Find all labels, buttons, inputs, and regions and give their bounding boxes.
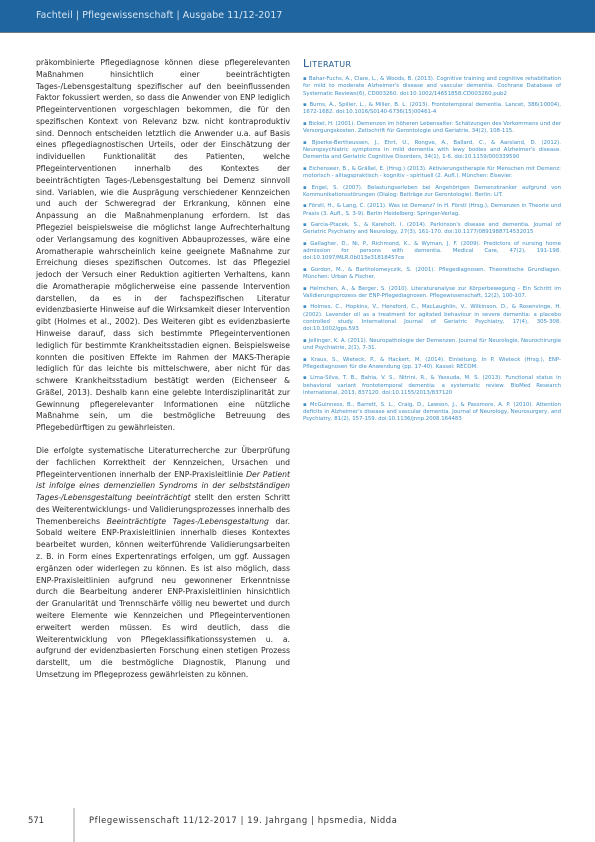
reference-item: ▪Bickel, H. (2001). Demenzen im höheren … xyxy=(303,121,561,136)
page-header: Fachteil | Pflegewissenschaft | Ausgabe … xyxy=(0,0,595,33)
reference-text: Gordon, M., & Bartholomeyczik, S. (2001)… xyxy=(303,267,561,280)
reference-list: ▪Bahar-Fuchs, A., Clare, L., & Woods, B.… xyxy=(303,76,561,423)
reference-item: ▪Holmes, C., Hopkins, V., Hensford, C., … xyxy=(303,304,561,333)
reference-item: ▪Kraus, S., Wieteck, P., & Hackert, M. (… xyxy=(303,357,561,372)
bullet-icon: ▪ xyxy=(303,222,309,228)
reference-item: ▪Bjoerke-Bertheussen, J., Ehrt, U., Rong… xyxy=(303,140,561,162)
reference-text: Jellinger, K. A. (2011). Neuropathologie… xyxy=(303,338,561,351)
reference-item: ▪Gallagher, D., Ni, P., Richmond, K., & … xyxy=(303,241,561,263)
publication-info: Pflegewissenschaft 11/12-2017 | 19. Jahr… xyxy=(89,815,397,825)
bullet-icon: ▪ xyxy=(303,140,310,146)
reference-text: Bickel, H. (2001). Demenzen im höheren L… xyxy=(303,121,561,134)
reference-item: ▪Helmchen, A., & Berger, S. (2010). Lite… xyxy=(303,286,561,301)
literature-column: Literatur ▪Bahar-Fuchs, A., Clare, L., &… xyxy=(303,57,561,428)
bullet-icon: ▪ xyxy=(303,286,308,292)
reference-item: ▪Förstl, H., & Lang, C. (2011). Was ist … xyxy=(303,203,561,218)
reference-item: ▪Bahar-Fuchs, A., Clare, L., & Woods, B.… xyxy=(303,76,561,98)
reference-text: Garcia-Ptacek, S., & Kareholt, I. (2014)… xyxy=(303,222,561,235)
reference-item: ▪McGuinness, B., Barrett, S. L., Craig, … xyxy=(303,402,561,424)
bullet-icon: ▪ xyxy=(303,185,310,191)
reference-text: McGuinness, B., Barrett, S. L., Craig, D… xyxy=(303,402,561,423)
bullet-icon: ▪ xyxy=(303,375,308,381)
page-footer: 571 Pflegewissenschaft 11/12-2017 | 19. … xyxy=(0,808,595,842)
topic-title: Beeinträchtigte Tages-/Lebensgestaltung xyxy=(107,517,269,526)
bullet-icon: ▪ xyxy=(303,166,307,172)
running-title: Fachteil | Pflegewissenschaft | Ausgabe … xyxy=(36,10,283,21)
reference-item: ▪Engel, S. (2007). Belastungserleben bei… xyxy=(303,185,561,200)
bullet-icon: ▪ xyxy=(303,121,307,127)
bullet-icon: ▪ xyxy=(303,338,307,344)
reference-item: ▪Gordon, M., & Bartholomeyczik, S. (2001… xyxy=(303,267,561,282)
body-paragraph: präkombinierte Pflegediagnose können die… xyxy=(36,57,290,434)
reference-text: Burns, A., Spiller, L., & Miller, B. L. … xyxy=(303,102,561,115)
literature-heading: Literatur xyxy=(303,57,561,70)
main-text-column: präkombinierte Pflegediagnose können die… xyxy=(36,57,290,681)
reference-item: ▪Jellinger, K. A. (2011). Neuropathologi… xyxy=(303,338,561,353)
reference-item: ▪Lima-Silva, T. B., Bahia, V. S., Nitrin… xyxy=(303,375,561,397)
bullet-icon: ▪ xyxy=(303,203,307,209)
bullet-icon: ▪ xyxy=(303,102,307,108)
reference-text: Gallagher, D., Ni, P., Richmond, K., & W… xyxy=(303,241,561,262)
reference-text: Holmes, C., Hopkins, V., Hensford, C., M… xyxy=(303,304,561,332)
reference-text: Lima-Silva, T. B., Bahia, V. S., Nitrini… xyxy=(303,375,561,396)
reference-text: Helmchen, A., & Berger, S. (2010). Liter… xyxy=(303,286,561,299)
body-text: dar. Sobald weitere ENP-Praxisleitlinien… xyxy=(36,517,290,679)
reference-text: Eichenseer, B., & Gräßel, E. (Hrsg.) (20… xyxy=(303,166,561,179)
reference-item: ▪Burns, A., Spiller, L., & Miller, B. L.… xyxy=(303,102,561,117)
reference-text: Kraus, S., Wieteck, P., & Hackert, M. (2… xyxy=(303,357,561,370)
bullet-icon: ▪ xyxy=(303,357,309,363)
body-paragraph: Die erfolgte systematische Literaturrech… xyxy=(36,445,290,681)
page-number: 571 xyxy=(28,815,44,825)
reference-text: Förstl, H., & Lang, C. (2011). Was ist D… xyxy=(303,203,561,216)
footer-divider xyxy=(73,808,75,842)
bullet-icon: ▪ xyxy=(303,304,308,310)
bullet-icon: ▪ xyxy=(303,241,308,247)
reference-text: Bahar-Fuchs, A., Clare, L., & Woods, B. … xyxy=(303,76,561,97)
bullet-icon: ▪ xyxy=(303,402,308,408)
bullet-icon: ▪ xyxy=(303,76,307,82)
reference-text: Engel, S. (2007). Belastungserleben bei … xyxy=(303,185,561,198)
reference-item: ▪Eichenseer, B., & Gräßel, E. (Hrsg.) (2… xyxy=(303,166,561,181)
bullet-icon: ▪ xyxy=(303,267,309,273)
reference-text: Bjoerke-Bertheussen, J., Ehrt, U., Rongv… xyxy=(303,140,561,161)
reference-item: ▪Garcia-Ptacek, S., & Kareholt, I. (2014… xyxy=(303,222,561,237)
